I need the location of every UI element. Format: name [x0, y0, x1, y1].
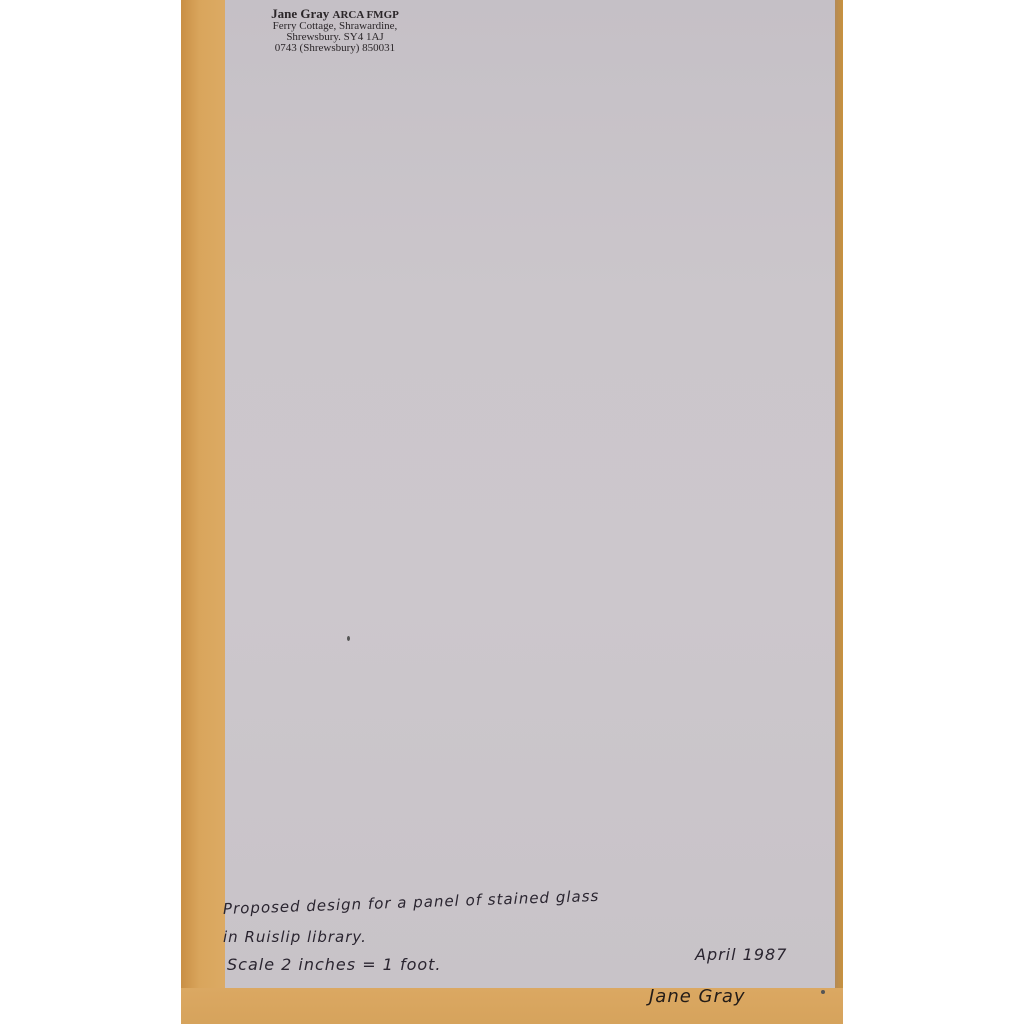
paper-sheet: Jane Gray ARCA FMGP Ferry Cottage, Shraw… — [225, 0, 835, 988]
right-tape-edge — [835, 0, 843, 1024]
paper-speck — [347, 636, 350, 641]
letterhead-phone: 0743 (Shrewsbury) 850031 — [255, 43, 415, 54]
letterhead: Jane Gray ARCA FMGP Ferry Cottage, Shraw… — [255, 8, 415, 54]
letterhead-name: Jane Gray — [271, 6, 329, 21]
handwritten-note-line-3: Scale 2 inches = 1 foot. — [227, 955, 442, 974]
handwritten-note-line-1: Proposed design for a panel of stained g… — [223, 887, 600, 918]
left-tape-strip — [181, 0, 227, 1024]
mounting-board: Jane Gray ARCA FMGP Ferry Cottage, Shraw… — [181, 0, 843, 1024]
handwritten-date: April 1987 — [695, 945, 787, 964]
handwritten-note-line-2: in Ruislip library. — [223, 928, 367, 946]
tape-speck — [821, 990, 825, 994]
signature: Jane Gray — [649, 986, 746, 1007]
